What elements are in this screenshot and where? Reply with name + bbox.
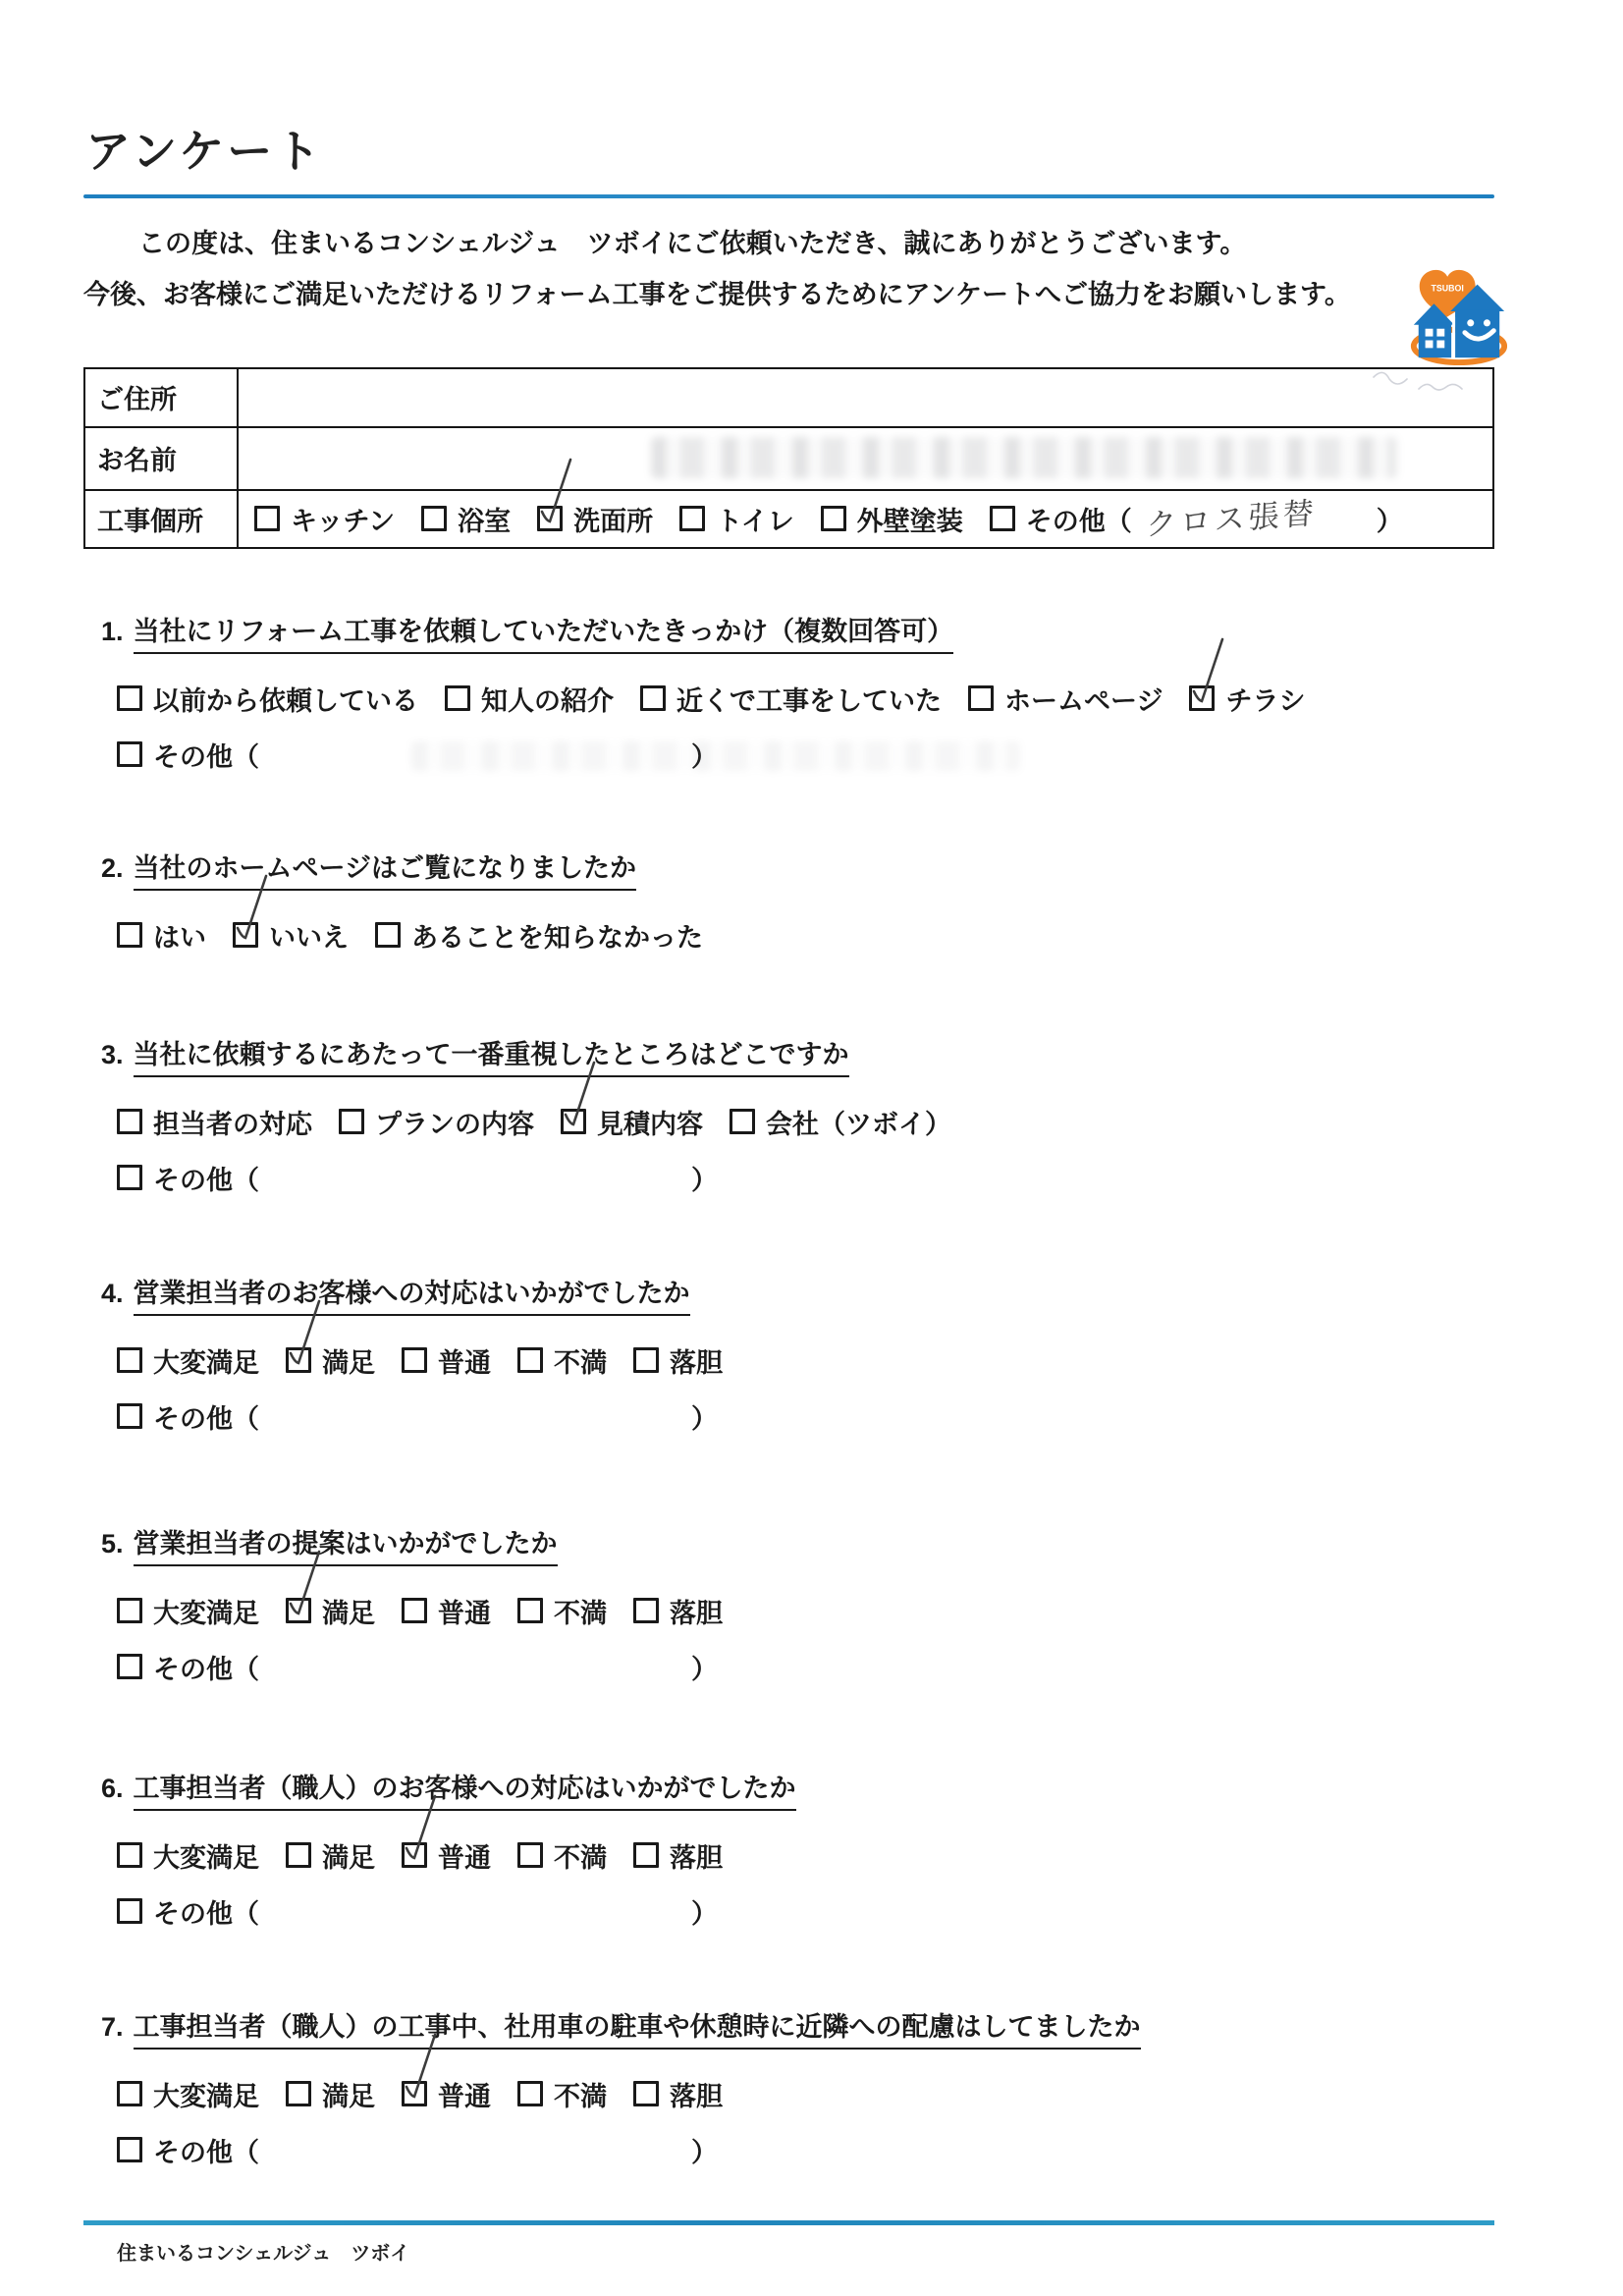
option: 普通	[402, 1592, 491, 1630]
checkbox	[633, 2081, 659, 2106]
question-7: 7. 工事担当者（職人）の工事中、社用車の駐車や休憩時に近隣への配慮はしてました…	[101, 2005, 1505, 2169]
option-toilet: トイレ	[679, 500, 794, 538]
option: いいえ	[233, 916, 349, 955]
checkbox	[517, 1842, 543, 1868]
checkbox	[117, 685, 142, 711]
option: あることを知らなかった	[375, 916, 703, 955]
question-6-heading: 6. 工事担当者（職人）のお客様への対応はいかがでしたか	[101, 1767, 1505, 1811]
question-number: 5.	[101, 1529, 124, 1559]
question-4-heading: 4. 営業担当者のお客様への対応はいかがでしたか	[101, 1272, 1505, 1316]
checkbox	[821, 506, 846, 531]
table-row-name: お名前	[84, 427, 1493, 490]
checkbox	[286, 1347, 311, 1373]
question-number: 1.	[101, 617, 124, 647]
option: 大変満足	[117, 1341, 259, 1380]
address-value	[238, 368, 1493, 427]
checkbox	[402, 1347, 427, 1373]
checkbox	[633, 1842, 659, 1868]
option-exterior-paint: 外壁塗装	[821, 500, 963, 538]
option: 満足	[286, 1592, 375, 1630]
question-3: 3. 当社に依頼するにあたって一番重視したところはどこですか 担当者の対応 プラ…	[101, 1033, 1505, 1197]
question-text: 工事担当者（職人）の工事中、社用車の駐車や休憩時に近隣への配慮はしてましたか	[134, 2005, 1141, 2050]
checkbox	[286, 2081, 311, 2106]
footer-rule	[83, 2220, 1494, 2225]
option: 落胆	[633, 1341, 723, 1380]
checkbox	[402, 1598, 427, 1623]
question-1-heading: 1. 当社にリフォーム工事を依頼していただいたきっかけ（複数回答可）	[101, 610, 1505, 654]
option: 大変満足	[117, 1592, 259, 1630]
survey-page: TSUBOI アンケート この度は、住まいるコンシェルジュ ツボイにご依頼いただ…	[0, 116, 1623, 2266]
checkbox	[286, 1842, 311, 1868]
option: チラシ	[1189, 680, 1305, 718]
checkbox	[286, 1598, 311, 1623]
checkbox	[561, 1109, 586, 1134]
checkbox	[445, 685, 470, 711]
worksite-options: キッチン 浴室 洗面所 トイレ 外壁塗装 その他（ クロス張替 ）	[238, 490, 1493, 548]
option: 大変満足	[117, 1836, 259, 1875]
redacted-smudge	[651, 437, 1397, 478]
option-kitchen: キッチン	[254, 500, 395, 538]
checkbox	[537, 506, 563, 531]
checkbox	[254, 506, 280, 531]
question-text: 当社にリフォーム工事を依頼していただいたきっかけ（複数回答可）	[134, 610, 954, 654]
option: 不満	[517, 1341, 607, 1380]
checkbox	[402, 1842, 427, 1868]
checkbox	[117, 1898, 142, 1924]
option-other: その他（）	[117, 1648, 718, 1686]
checkbox	[117, 2137, 142, 2162]
checkbox	[679, 506, 705, 531]
checkbox	[517, 1347, 543, 1373]
option: 大変満足	[117, 2075, 259, 2113]
logo-heart-text: TSUBOI	[1432, 283, 1464, 293]
tsuboi-logo: TSUBOI	[1409, 261, 1507, 367]
option: 満足	[286, 1341, 375, 1380]
option: プランの内容	[339, 1103, 534, 1141]
option: 以前から依頼している	[117, 680, 418, 718]
name-label: お名前	[84, 427, 238, 490]
checkbox	[117, 1598, 142, 1623]
worksite-label: 工事個所	[84, 490, 238, 548]
question-text: 営業担当者の提案はいかがでしたか	[134, 1522, 558, 1566]
option: 満足	[286, 2075, 375, 2113]
option-other: その他（）	[117, 1159, 718, 1197]
question-text: 当社に依頼するにあたって一番重視したところはどこですか	[134, 1033, 849, 1077]
question-7-heading: 7. 工事担当者（職人）の工事中、社用車の駐車や休憩時に近隣への配慮はしてました…	[101, 2005, 1505, 2050]
checkbox	[117, 1654, 142, 1679]
table-row-address: ご住所	[84, 368, 1493, 427]
checkbox	[633, 1598, 659, 1623]
checkbox	[633, 1347, 659, 1373]
option-bath: 浴室	[421, 500, 511, 538]
checkbox	[233, 922, 258, 948]
checkbox	[117, 1109, 142, 1134]
option: 落胆	[633, 2075, 723, 2113]
customer-info-table: ご住所 お名前 工事個所 キッチン 浴室 洗面所 トイレ 外壁塗装	[83, 367, 1494, 549]
bleed-through-smudge	[411, 741, 1020, 771]
question-1: 1. 当社にリフォーム工事を依頼していただいたきっかけ（複数回答可） 以前から依…	[101, 610, 1505, 774]
question-5-heading: 5. 営業担当者の提案はいかがでしたか	[101, 1522, 1505, 1566]
question-number: 6.	[101, 1774, 124, 1804]
option: 落胆	[633, 1592, 723, 1630]
question-6: 6. 工事担当者（職人）のお客様への対応はいかがでしたか 大変満足 満足 普通 …	[101, 1767, 1505, 1931]
checkbox	[1189, 685, 1215, 711]
option: 満足	[286, 1836, 375, 1875]
option: 見積内容	[561, 1103, 703, 1141]
option: 会社（ツボイ）	[730, 1103, 951, 1141]
checkbox	[117, 741, 142, 767]
checkbox	[117, 922, 142, 948]
checkbox	[117, 1842, 142, 1868]
checkbox	[375, 922, 401, 948]
option: 落胆	[633, 1836, 723, 1875]
checkbox	[402, 2081, 427, 2106]
question-number: 2.	[101, 853, 124, 884]
question-2-heading: 2. 当社のホームページはご覧になりましたか	[101, 847, 1505, 891]
question-3-heading: 3. 当社に依頼するにあたって一番重視したところはどこですか	[101, 1033, 1505, 1077]
checkbox	[117, 2081, 142, 2106]
option: 普通	[402, 1836, 491, 1875]
option: ホームページ	[968, 680, 1163, 718]
option: 不満	[517, 2075, 607, 2113]
checkbox	[968, 685, 994, 711]
option: 普通	[402, 1341, 491, 1380]
option-other: その他（ クロス張替 ）	[990, 494, 1403, 544]
option: 近くで工事をしていた	[640, 680, 942, 718]
checkbox	[517, 2081, 543, 2106]
page-title: アンケート	[85, 116, 1505, 181]
option-washroom: 洗面所	[537, 500, 653, 538]
checkbox	[990, 506, 1015, 531]
question-number: 4.	[101, 1279, 124, 1309]
option: 担当者の対応	[117, 1103, 312, 1141]
footer-company-name: 住まいるコンシェルジュ ツボイ	[117, 2237, 1505, 2266]
option-other: その他（）	[117, 2131, 718, 2169]
checkbox	[421, 506, 447, 531]
option: 知人の紹介	[445, 680, 614, 718]
checkbox	[339, 1109, 364, 1134]
checkbox	[117, 1403, 142, 1429]
question-text: 工事担当者（職人）のお客様への対応はいかがでしたか	[134, 1767, 796, 1811]
option: はい	[117, 916, 206, 955]
option-other: その他（）	[117, 1892, 718, 1931]
checkbox	[730, 1109, 755, 1134]
question-number: 7.	[101, 2012, 124, 2043]
question-4: 4. 営業担当者のお客様への対応はいかがでしたか 大変満足 満足 普通 不満 落…	[101, 1272, 1505, 1436]
address-label: ご住所	[84, 368, 238, 427]
table-row-worksite: 工事個所 キッチン 浴室 洗面所 トイレ 外壁塗装 その他（ クロス張替	[84, 490, 1493, 548]
option: 普通	[402, 2075, 491, 2113]
logo-graphic: TSUBOI	[1409, 261, 1507, 367]
checkbox	[117, 1347, 142, 1373]
question-2: 2. 当社のホームページはご覧になりましたか はい いいえ あることを知らなかっ…	[101, 847, 1505, 955]
option: 不満	[517, 1592, 607, 1630]
intro-line-1: この度は、住まいるコンシェルジュ ツボイにご依頼いただき、誠にありがとうございま…	[83, 228, 1505, 261]
checkbox	[117, 1165, 142, 1190]
option-other: その他（）	[117, 1397, 718, 1436]
checkbox	[517, 1598, 543, 1623]
question-text: 営業担当者のお客様への対応はいかがでしたか	[134, 1272, 690, 1316]
question-text: 当社のホームページはご覧になりましたか	[134, 847, 636, 891]
question-5: 5. 営業担当者の提案はいかがでしたか 大変満足 満足 普通 不満 落胆 その他…	[101, 1522, 1505, 1686]
option: 不満	[517, 1836, 607, 1875]
question-number: 3.	[101, 1040, 124, 1070]
title-rule	[83, 194, 1494, 198]
checkbox	[640, 685, 666, 711]
intro-line-2: 今後、お客様にご満足いただけるリフォーム工事をご提供するためにアンケートへご協力…	[83, 279, 1505, 312]
name-value	[238, 427, 1493, 490]
handwritten-answer: クロス張替	[1145, 487, 1318, 543]
